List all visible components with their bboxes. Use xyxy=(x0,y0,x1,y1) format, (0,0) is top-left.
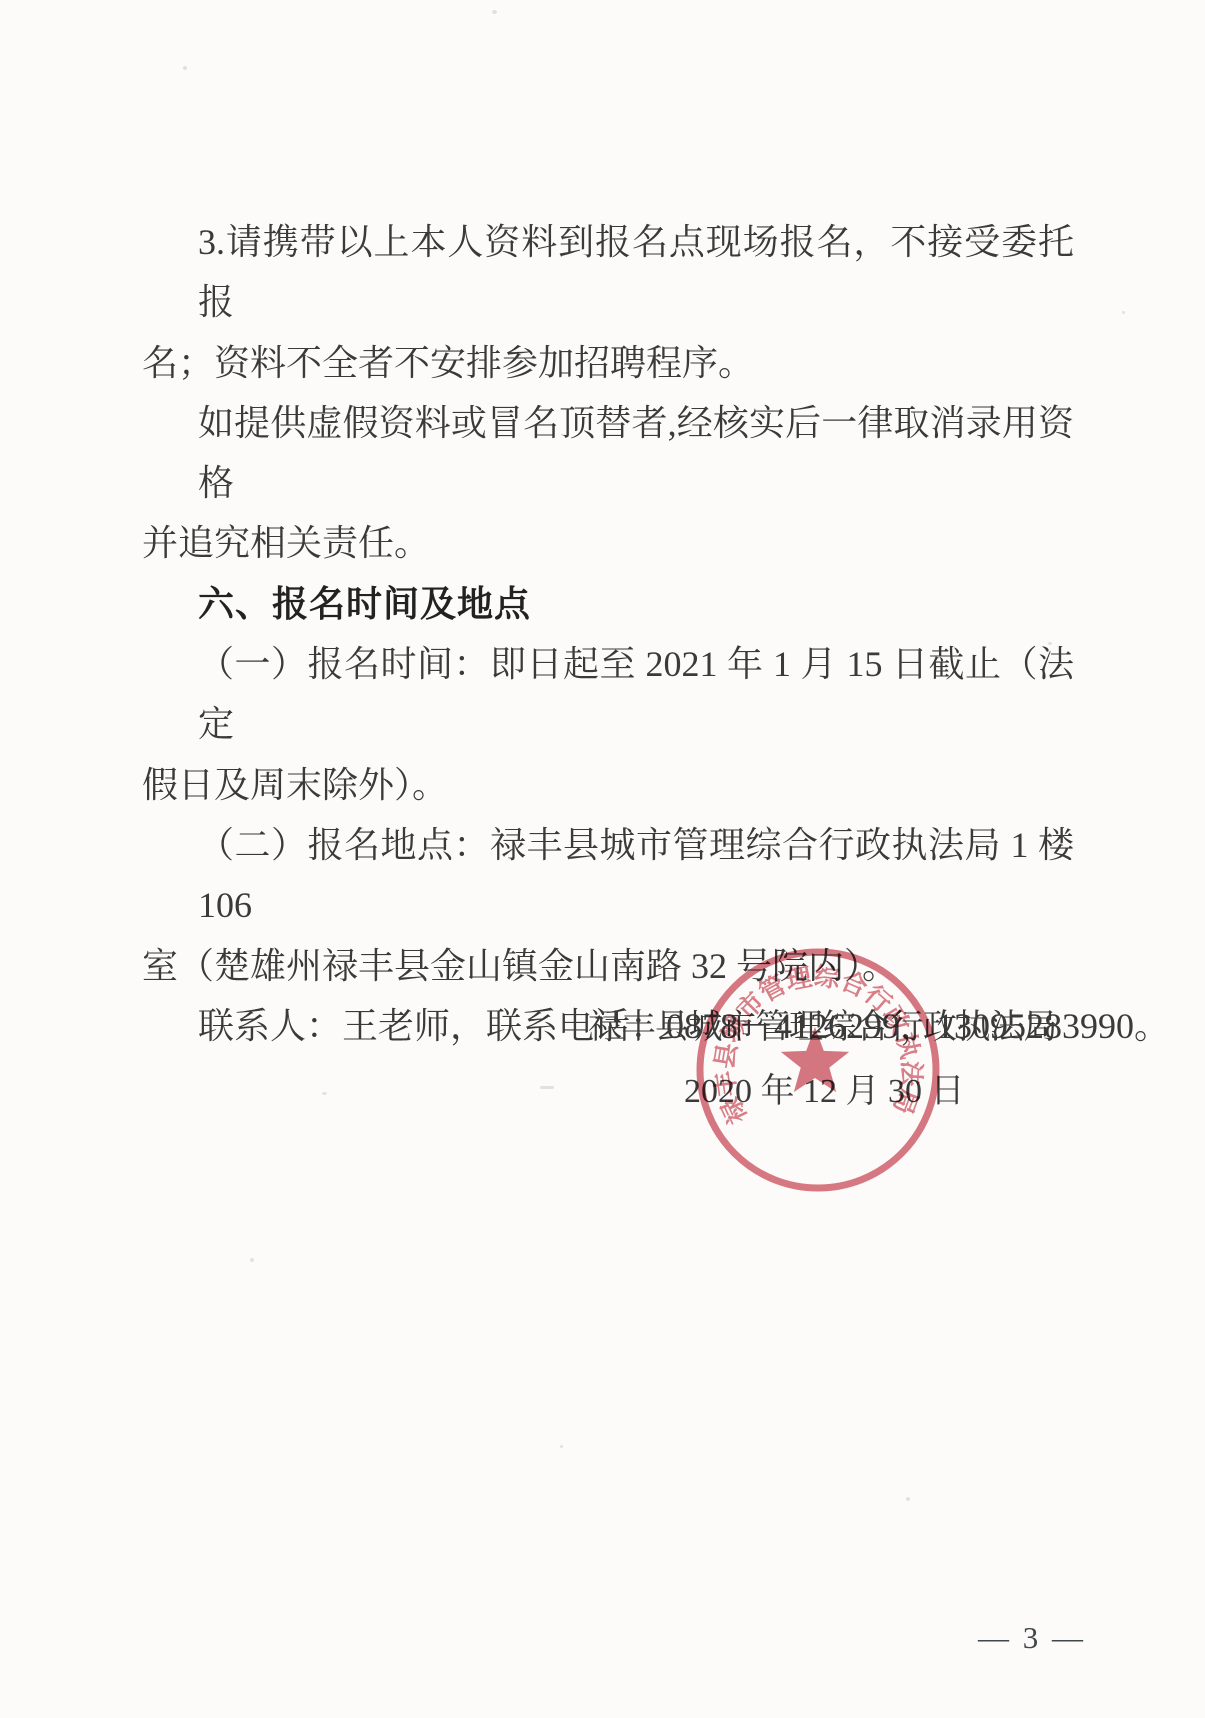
scan-speck xyxy=(906,1497,910,1501)
page-number: — 3 — xyxy=(978,1620,1086,1656)
text-line: 并追究相关责任。 xyxy=(142,513,1074,573)
scan-speck xyxy=(322,1092,327,1095)
official-seal-stamp: 禄丰县城市管理综合行政执法局 xyxy=(683,935,953,1205)
scan-speck xyxy=(560,1445,563,1448)
text-line: 六、报名时间及地点 xyxy=(142,574,1074,634)
scan-speck xyxy=(250,1258,254,1262)
text-line: 名；资料不全者不安排参加招聘程序。 xyxy=(142,333,1074,393)
text-line: 假日及周末除外）。 xyxy=(142,755,1074,815)
body-text: 3.请携带以上本人资料到报名点现场报名，不接受委托报名；资料不全者不安排参加招聘… xyxy=(142,212,1074,1056)
text-line: （一）报名时间：即日起至 2021 年 1 月 15 日截止（法定 xyxy=(142,634,1074,755)
scan-speck xyxy=(1122,311,1125,314)
text-line: 3.请携带以上本人资料到报名点现场报名，不接受委托报 xyxy=(142,212,1074,333)
seal-star-icon xyxy=(781,1027,849,1092)
document-page: 3.请携带以上本人资料到报名点现场报名，不接受委托报名；资料不全者不安排参加招聘… xyxy=(0,0,1205,1718)
scan-speck xyxy=(183,66,187,70)
scan-speck xyxy=(492,10,497,14)
scan-speck xyxy=(540,1086,554,1089)
text-line: 如提供虚假资料或冒名顶替者,经核实后一律取消录用资格 xyxy=(142,393,1074,514)
text-line: （二）报名地点：禄丰县城市管理综合行政执法局 1 楼 106 xyxy=(142,815,1074,936)
